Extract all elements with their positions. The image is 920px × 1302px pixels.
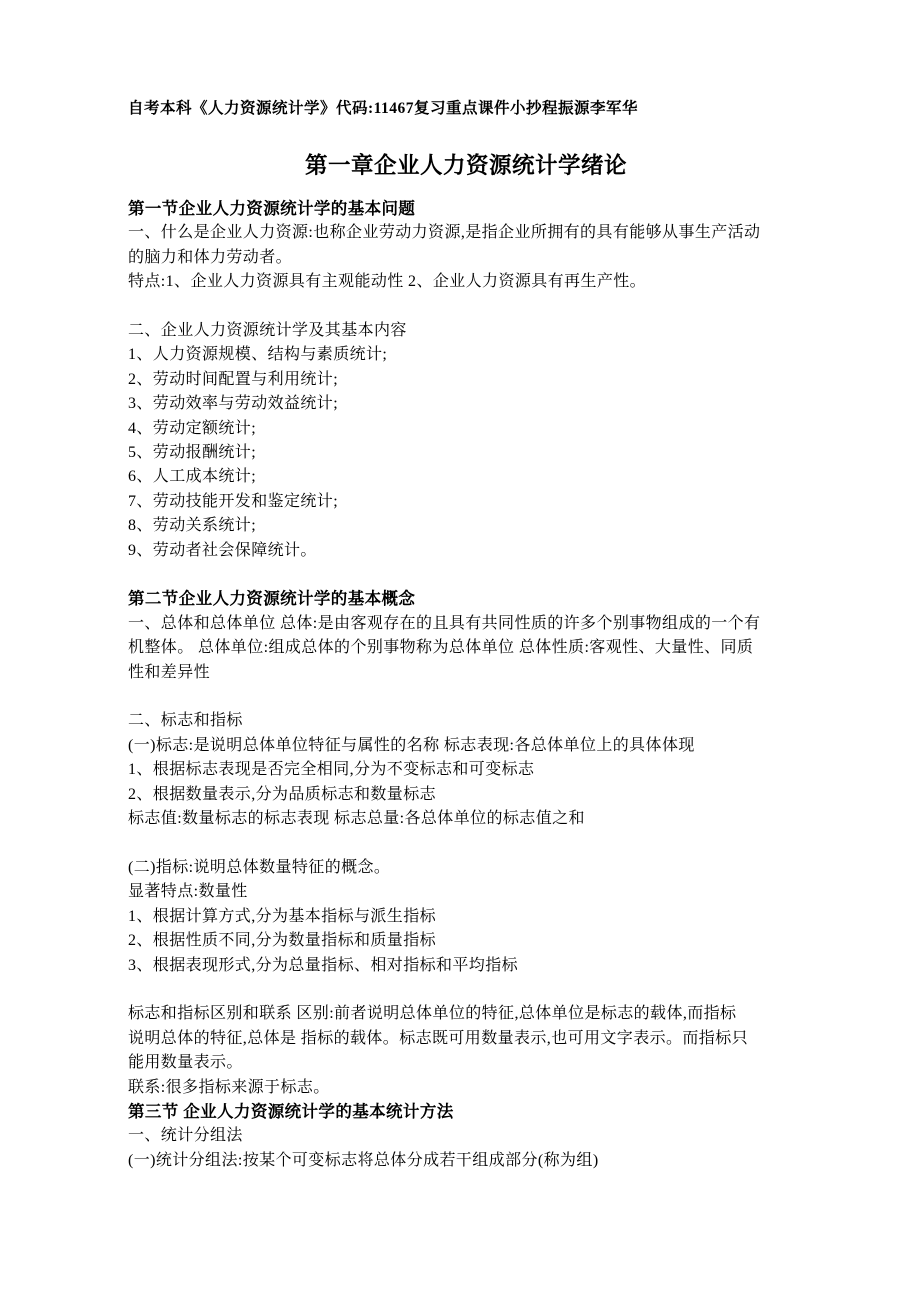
doc-line: 6、人工成本统计; (128, 465, 804, 489)
section-heading: 第二节企业人力资源统计学的基本概念 (128, 587, 804, 611)
doc-line: 1、人力资源规模、结构与素质统计; (128, 343, 804, 367)
doc-line: 9、劳动者社会保障统计。 (128, 539, 804, 563)
document-body: 第一节企业人力资源统计学的基本问题一、什么是企业人力资源:也称企业劳动力资源,是… (128, 197, 804, 1173)
doc-line: 标志和指标区别和联系 区别:前者说明总体单位的特征,总体单位是标志的载体,而指标 (128, 1002, 804, 1026)
doc-line: 一、总体和总体单位 总体:是由客观存在的且具有共同性质的许多个别事物组成的一个有 (128, 612, 804, 636)
section-heading: 第三节 企业人力资源统计学的基本统计方法 (128, 1100, 804, 1124)
doc-line: 8、劳动关系统计; (128, 514, 804, 538)
doc-line: 3、劳动效率与劳动效益统计; (128, 392, 804, 416)
doc-line: 一、什么是企业人力资源:也称企业劳动力资源,是指企业所拥有的具有能够从事生产活动 (128, 221, 804, 245)
doc-line: 5、劳动报酬统计; (128, 441, 804, 465)
doc-line: 4、劳动定额统计; (128, 417, 804, 441)
doc-line: 1、根据标志表现是否完全相同,分为不变标志和可变标志 (128, 758, 804, 782)
doc-line: 2、劳动时间配置与利用统计; (128, 368, 804, 392)
doc-line: 特点:1、企业人力资源具有主观能动性 2、企业人力资源具有再生产性。 (128, 270, 804, 294)
doc-line: 能用数量表示。 (128, 1051, 804, 1075)
doc-line: 二、企业人力资源统计学及其基本内容 (128, 319, 804, 343)
doc-line: (二)指标:说明总体数量特征的概念。 (128, 856, 804, 880)
doc-header-line: 自考本科《人力资源统计学》代码:11467复习重点课件小抄程振源李军华 (128, 96, 804, 121)
doc-line: (一)统计分组法:按某个可变标志将总体分成若干组成部分(称为组) (128, 1149, 804, 1173)
page-title: 第一章企业人力资源统计学绪论 (128, 148, 804, 183)
doc-line: 一、统计分组法 (128, 1124, 804, 1148)
blank-line (128, 295, 804, 319)
doc-line: 的脑力和体力劳动者。 (128, 246, 804, 270)
blank-line (128, 978, 804, 1002)
doc-line: 2、根据性质不同,分为数量指标和质量指标 (128, 929, 804, 953)
doc-line: 说明总体的特征,总体是 指标的载体。标志既可用数量表示,也可用文字表示。而指标只 (128, 1027, 804, 1051)
blank-line (128, 685, 804, 709)
section-heading: 第一节企业人力资源统计学的基本问题 (128, 197, 804, 221)
doc-line: 7、劳动技能开发和鉴定统计; (128, 490, 804, 514)
document-content: 自考本科《人力资源统计学》代码:11467复习重点课件小抄程振源李军华 第一章企… (128, 96, 804, 1173)
doc-line: 1、根据计算方式,分为基本指标与派生指标 (128, 905, 804, 929)
doc-line: 二、标志和指标 (128, 709, 804, 733)
doc-line: 显著特点:数量性 (128, 880, 804, 904)
doc-line: 2、根据数量表示,分为品质标志和数量标志 (128, 783, 804, 807)
doc-line: (一)标志:是说明总体单位特征与属性的名称 标志表现:各总体单位上的具体体现 (128, 734, 804, 758)
doc-line: 3、根据表现形式,分为总量指标、相对指标和平均指标 (128, 954, 804, 978)
blank-line (128, 563, 804, 587)
doc-line: 机整体。 总体单位:组成总体的个别事物称为总体单位 总体性质:客观性、大量性、同… (128, 636, 804, 660)
blank-line (128, 832, 804, 856)
doc-line: 标志值:数量标志的标志表现 标志总量:各总体单位的标志值之和 (128, 807, 804, 831)
document-page: 自考本科《人力资源统计学》代码:11467复习重点课件小抄程振源李军华 第一章企… (0, 0, 920, 1302)
doc-line: 性和差异性 (128, 661, 804, 685)
doc-line: 联系:很多指标来源于标志。 (128, 1076, 804, 1100)
